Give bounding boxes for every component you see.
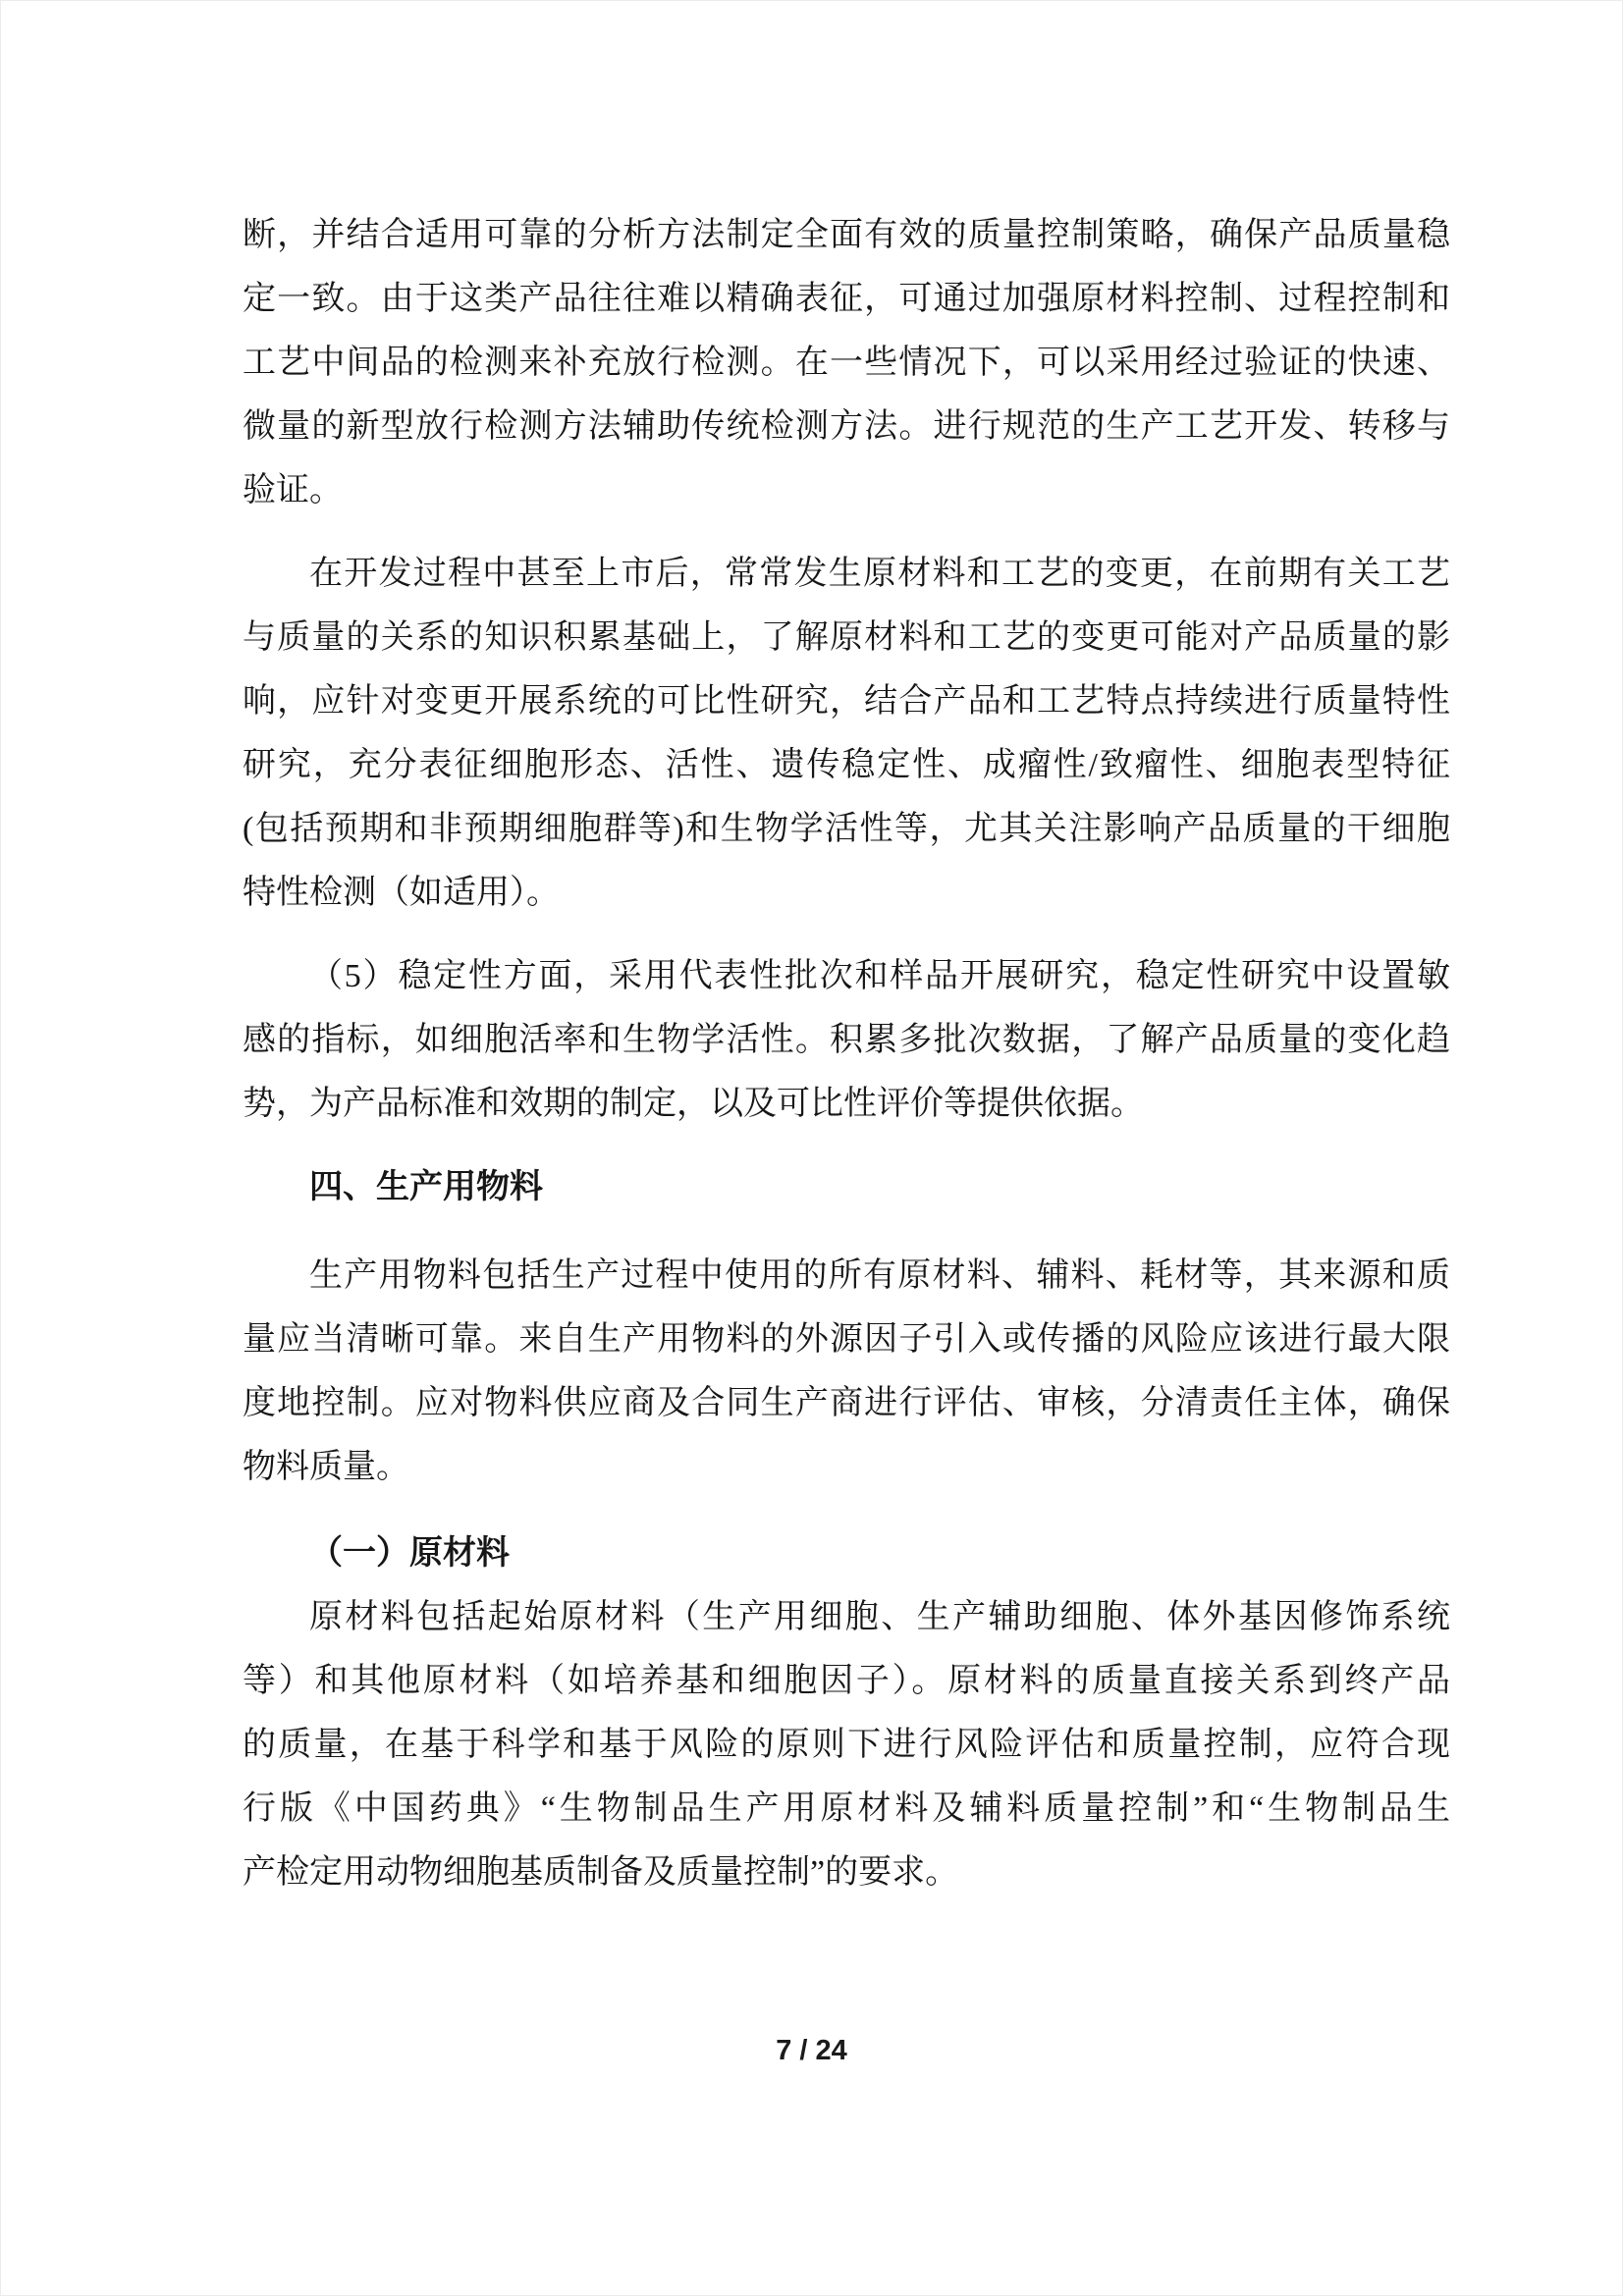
text-line: 在开发过程中甚至上市后，常常发生原材料和工艺的变更，在前期有关工艺	[243, 542, 1450, 606]
text-line: 的质量，在基于科学和基于风险的原则下进行风险评估和质量控制，应符合现	[243, 1713, 1450, 1777]
text-line: 工艺中间品的检测来补充放行检测。在一些情况下，可以采用经过验证的快速、	[243, 331, 1450, 395]
text-line: 特性检测（如适用）。	[243, 861, 1450, 925]
text-line: 研究，充分表征细胞形态、活性、遗传稳定性、成瘤性/致瘤性、细胞表型特征	[243, 733, 1450, 797]
text-line: （5）稳定性方面，采用代表性批次和样品开展研究，稳定性研究中设置敏	[243, 944, 1450, 1008]
text-line: 微量的新型放行检测方法辅助传统检测方法。进行规范的生产工艺开发、转移与	[243, 395, 1450, 458]
text-line: 物料质量。	[243, 1435, 1450, 1499]
text-line: (包括预期和非预期细胞群等)和生物学活性等，尤其关注影响产品质量的干细胞	[243, 797, 1450, 861]
text-line: 量应当清晰可靠。来自生产用物料的外源因子引入或传播的风险应该进行最大限	[243, 1308, 1450, 1371]
paragraph: （5）稳定性方面，采用代表性批次和样品开展研究，稳定性研究中设置敏 感的指标，如…	[243, 944, 1450, 1136]
text-line: 生产用物料包括生产过程中使用的所有原材料、辅料、耗材等，其来源和质	[243, 1244, 1450, 1308]
paragraph: 在开发过程中甚至上市后，常常发生原材料和工艺的变更，在前期有关工艺 与质量的关系…	[243, 542, 1450, 925]
text-line: 响，应针对变更开展系统的可比性研究，结合产品和工艺特点持续进行质量特性	[243, 669, 1450, 733]
paragraph: 生产用物料包括生产过程中使用的所有原材料、辅料、耗材等，其来源和质 量应当清晰可…	[243, 1244, 1450, 1499]
section-heading-level2: 四、生产用物料	[243, 1155, 1450, 1219]
text-line: 势，为产品标准和效期的制定，以及可比性评价等提供依据。	[243, 1072, 1450, 1136]
page-body: 断，并结合适用可靠的分析方法制定全面有效的质量控制策略，确保产品质量稳 定一致。…	[243, 203, 1450, 1924]
text-line: 验证。	[243, 458, 1450, 522]
text-line: 度地控制。应对物料供应商及合同生产商进行评估、审核，分清责任主体，确保	[243, 1371, 1450, 1435]
text-line: 行版《中国药典》“生物制品生产用原材料及辅料质量控制”和“生物制品生	[243, 1777, 1450, 1841]
text-line: 产检定用动物细胞基质制备及质量控制”的要求。	[243, 1841, 1450, 1904]
document-page: { "page": { "footer_label": "7 / 24" }, …	[0, 0, 1623, 2296]
text-line: 等）和其他原材料（如培养基和细胞因子）。原材料的质量直接关系到终产品	[243, 1649, 1450, 1713]
page-number: 7 / 24	[1, 2035, 1622, 2067]
text-line: 与质量的关系的知识积累基础上，了解原材料和工艺的变更可能对产品质量的影	[243, 606, 1450, 669]
text-line: 断，并结合适用可靠的分析方法制定全面有效的质量控制策略，确保产品质量稳	[243, 203, 1450, 267]
text-line: 原材料包括起始原材料（生产用细胞、生产辅助细胞、体外基因修饰系统	[243, 1585, 1450, 1649]
text-line: 感的指标，如细胞活率和生物学活性。积累多批次数据，了解产品质量的变化趋	[243, 1008, 1450, 1072]
section-heading-level3: （一）原材料	[243, 1522, 1450, 1585]
paragraph: 原材料包括起始原材料（生产用细胞、生产辅助细胞、体外基因修饰系统 等）和其他原材…	[243, 1585, 1450, 1904]
text-line: 定一致。由于这类产品往往难以精确表征，可通过加强原材料控制、过程控制和	[243, 267, 1450, 331]
paragraph: 断，并结合适用可靠的分析方法制定全面有效的质量控制策略，确保产品质量稳 定一致。…	[243, 203, 1450, 522]
